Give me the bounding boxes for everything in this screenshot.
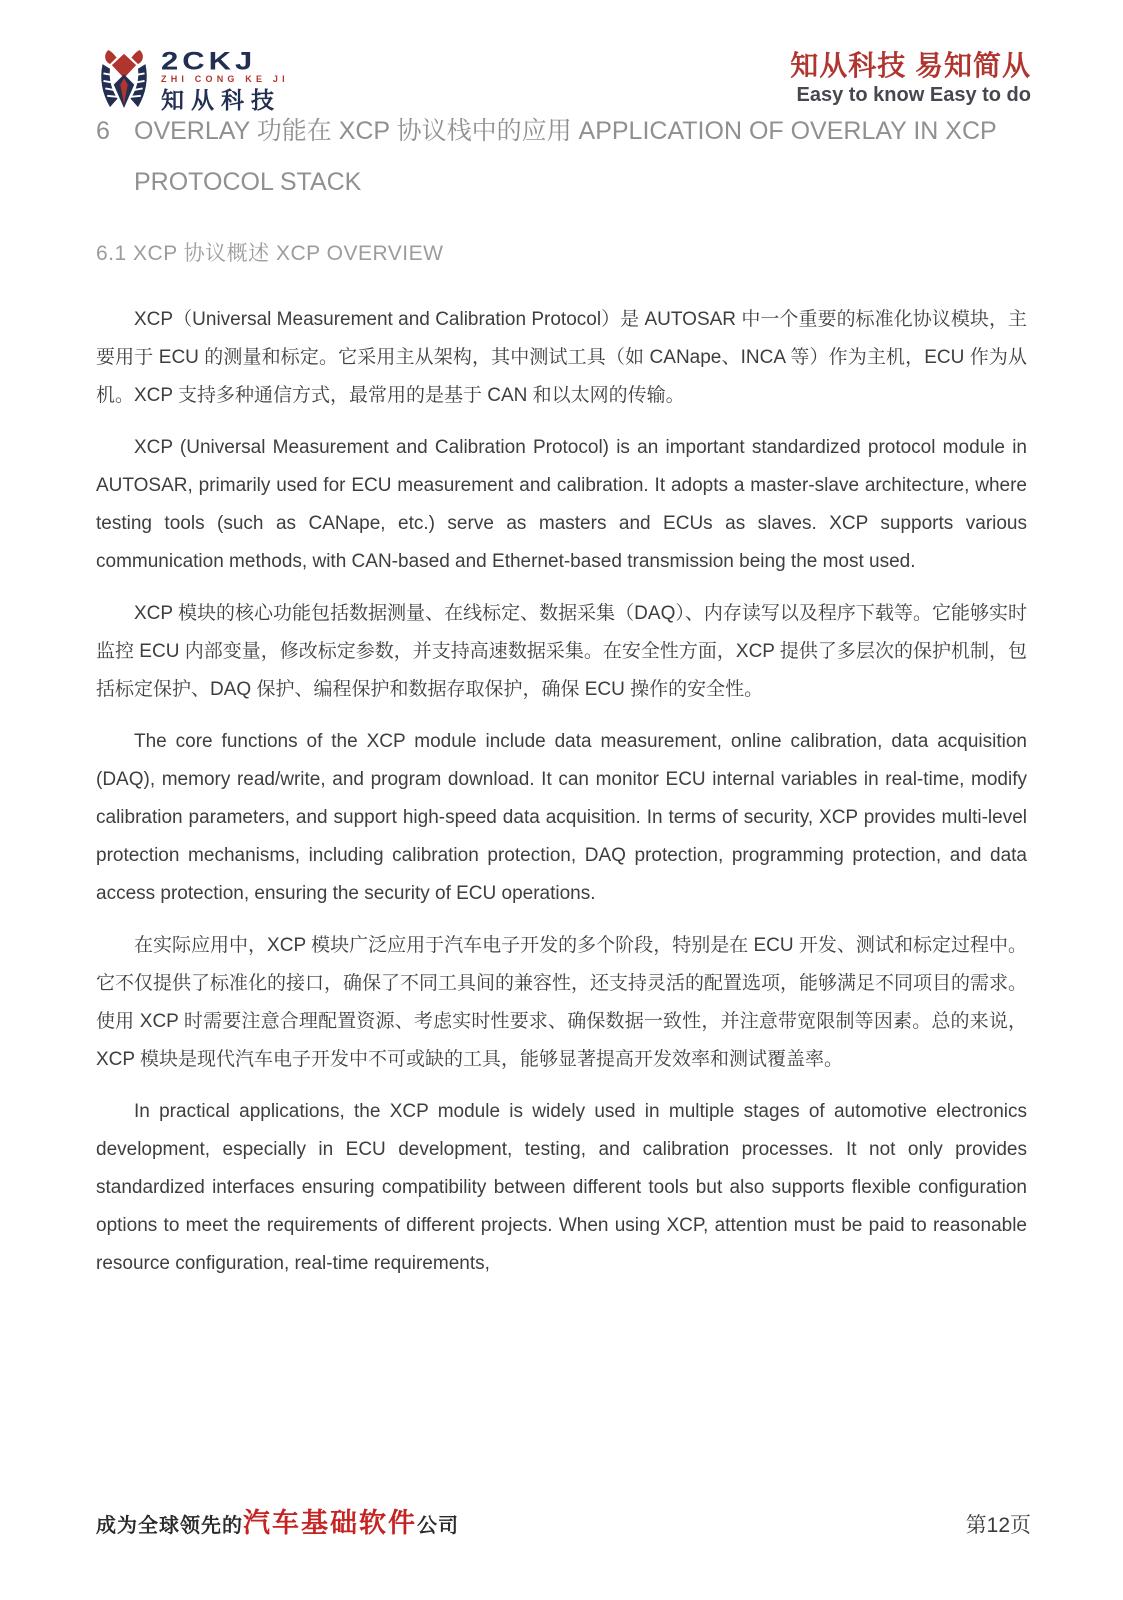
paragraph-zh-xcp-intro: XCP（Universal Measurement and Calibratio… (96, 301, 1027, 415)
page-number: 第12页 (966, 1509, 1031, 1539)
document-body: 6OVERLAY 功能在 XCP 协议栈中的应用 APPLICATION OF … (96, 106, 1027, 1297)
slogan-prefix: 成为全球领先的 (96, 1515, 243, 1537)
paragraph-zh-practical-use: 在实际应用中，XCP 模块广泛应用于汽车电子开发的多个阶段，特别是在 ECU 开… (96, 927, 1027, 1079)
document-page: 2CKJ ZHI CONG KE JI 知从科技 知从科技 易知简从 Easy … (0, 0, 1123, 1600)
paragraph-list: XCP（Universal Measurement and Calibratio… (96, 301, 1027, 1283)
footer-slogan: 成为全球领先的汽车基础软件公司 (96, 1501, 459, 1540)
page-header: 2CKJ ZHI CONG KE JI 知从科技 知从科技 易知简从 Easy … (96, 48, 1031, 112)
brand-acronym: 2CKJ (161, 48, 289, 73)
company-tagline: 知从科技 易知简从 Easy to know Easy to do (790, 48, 1031, 108)
page-footer: 成为全球领先的汽车基础软件公司 第12页 (96, 1501, 1031, 1540)
slogan-highlight: 汽车基础软件 (243, 1508, 417, 1538)
subsection-heading: 6.1 XCP 协议概述 XCP OVERVIEW (96, 237, 1027, 267)
brand-subtext: ZHI CONG KE JI (161, 75, 289, 84)
logo-text-block: 2CKJ ZHI CONG KE JI 知从科技 (161, 48, 289, 112)
company-logo: 2CKJ ZHI CONG KE JI 知从科技 (96, 48, 289, 112)
tagline-cn: 知从科技 易知简从 (790, 48, 1031, 83)
paragraph-en-xcp-intro: XCP (Universal Measurement and Calibrati… (96, 429, 1027, 581)
slogan-suffix: 公司 (417, 1515, 459, 1537)
paragraph-en-core-functions: The core functions of the XCP module inc… (96, 723, 1027, 913)
tagline-en: Easy to know Easy to do (790, 83, 1031, 108)
section-number: 6 (96, 106, 134, 157)
paragraph-en-practical-use: In practical applications, the XCP modul… (96, 1093, 1027, 1283)
section-title: OVERLAY 功能在 XCP 协议栈中的应用 APPLICATION OF O… (134, 117, 996, 196)
owl-shield-icon (96, 48, 152, 112)
section-heading: 6OVERLAY 功能在 XCP 协议栈中的应用 APPLICATION OF … (96, 106, 1027, 209)
paragraph-zh-core-functions: XCP 模块的核心功能包括数据测量、在线标定、数据采集（DAQ）、内存读写以及程… (96, 595, 1027, 709)
